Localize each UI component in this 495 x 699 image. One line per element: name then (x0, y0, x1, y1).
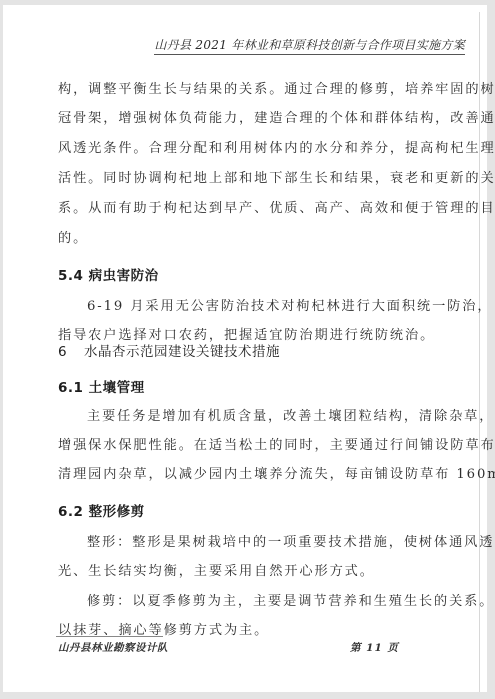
section-heading-6-1: 6.1 土壤管理 (58, 376, 145, 396)
body-line: 6-19 月采用无公害防治技术对枸杞林进行大面积统一防治， (87, 295, 492, 314)
footer-rule (56, 636, 163, 637)
body-line: 清理园内杂草，以减少园内土壤养分流失，每亩铺设防草布 160m。 (58, 463, 495, 482)
section-heading-5-4: 5.4 病虫害防治 (58, 264, 159, 284)
body-line: 修剪：以夏季修剪为主，主要是调节营养和生殖生长的关系。 (87, 590, 494, 609)
body-line: 整形：整形是果树栽培中的一项重要技术措施，使树体通风透 (87, 531, 494, 550)
section-number: 6 (58, 344, 84, 360)
footer-organization: 山丹县林业勘察设计队 (58, 640, 168, 655)
section-heading-6: 6水晶杏示范园建设关键技术措施 (58, 340, 280, 360)
section-heading-6-2: 6.2 整形修剪 (58, 500, 145, 520)
section-title: 水晶杏示范园建设关键技术措施 (84, 344, 280, 360)
body-line: 增强保水保肥性能。在适当松土的同时，主要通过行间铺设防草布 (58, 434, 495, 453)
footer-page-number: 第 11 页 (350, 640, 399, 655)
body-line: 活性。同时协调枸杞地上部和地下部生长和结果，衰老和更新的关 (58, 167, 495, 186)
body-line: 主要任务是增加有机质含量，改善土壤团粒结构，清除杂草， (87, 405, 494, 424)
body-line: 的。 (58, 227, 88, 246)
body-line: 系。从而有助于枸杞达到早产、优质、高产、高效和便于管理的目 (58, 197, 495, 216)
body-line: 光、生长结实均衡，主要采用自然开心形方式。 (58, 560, 375, 579)
page-header-title: 山丹县 2021 年林业和草原科技创新与合作项目实施方案 (154, 36, 465, 55)
body-line: 构，调整平衡生长与结果的关系。通过合理的修剪，培养牢固的树 (58, 78, 495, 97)
body-line: 冠骨架，增强树体负荷能力，建造合理的个体和群体结构，改善通 (58, 107, 495, 126)
body-line: 风透光条件。合理分配和利用树体内的水分和养分，提高枸杞生理 (58, 137, 495, 156)
